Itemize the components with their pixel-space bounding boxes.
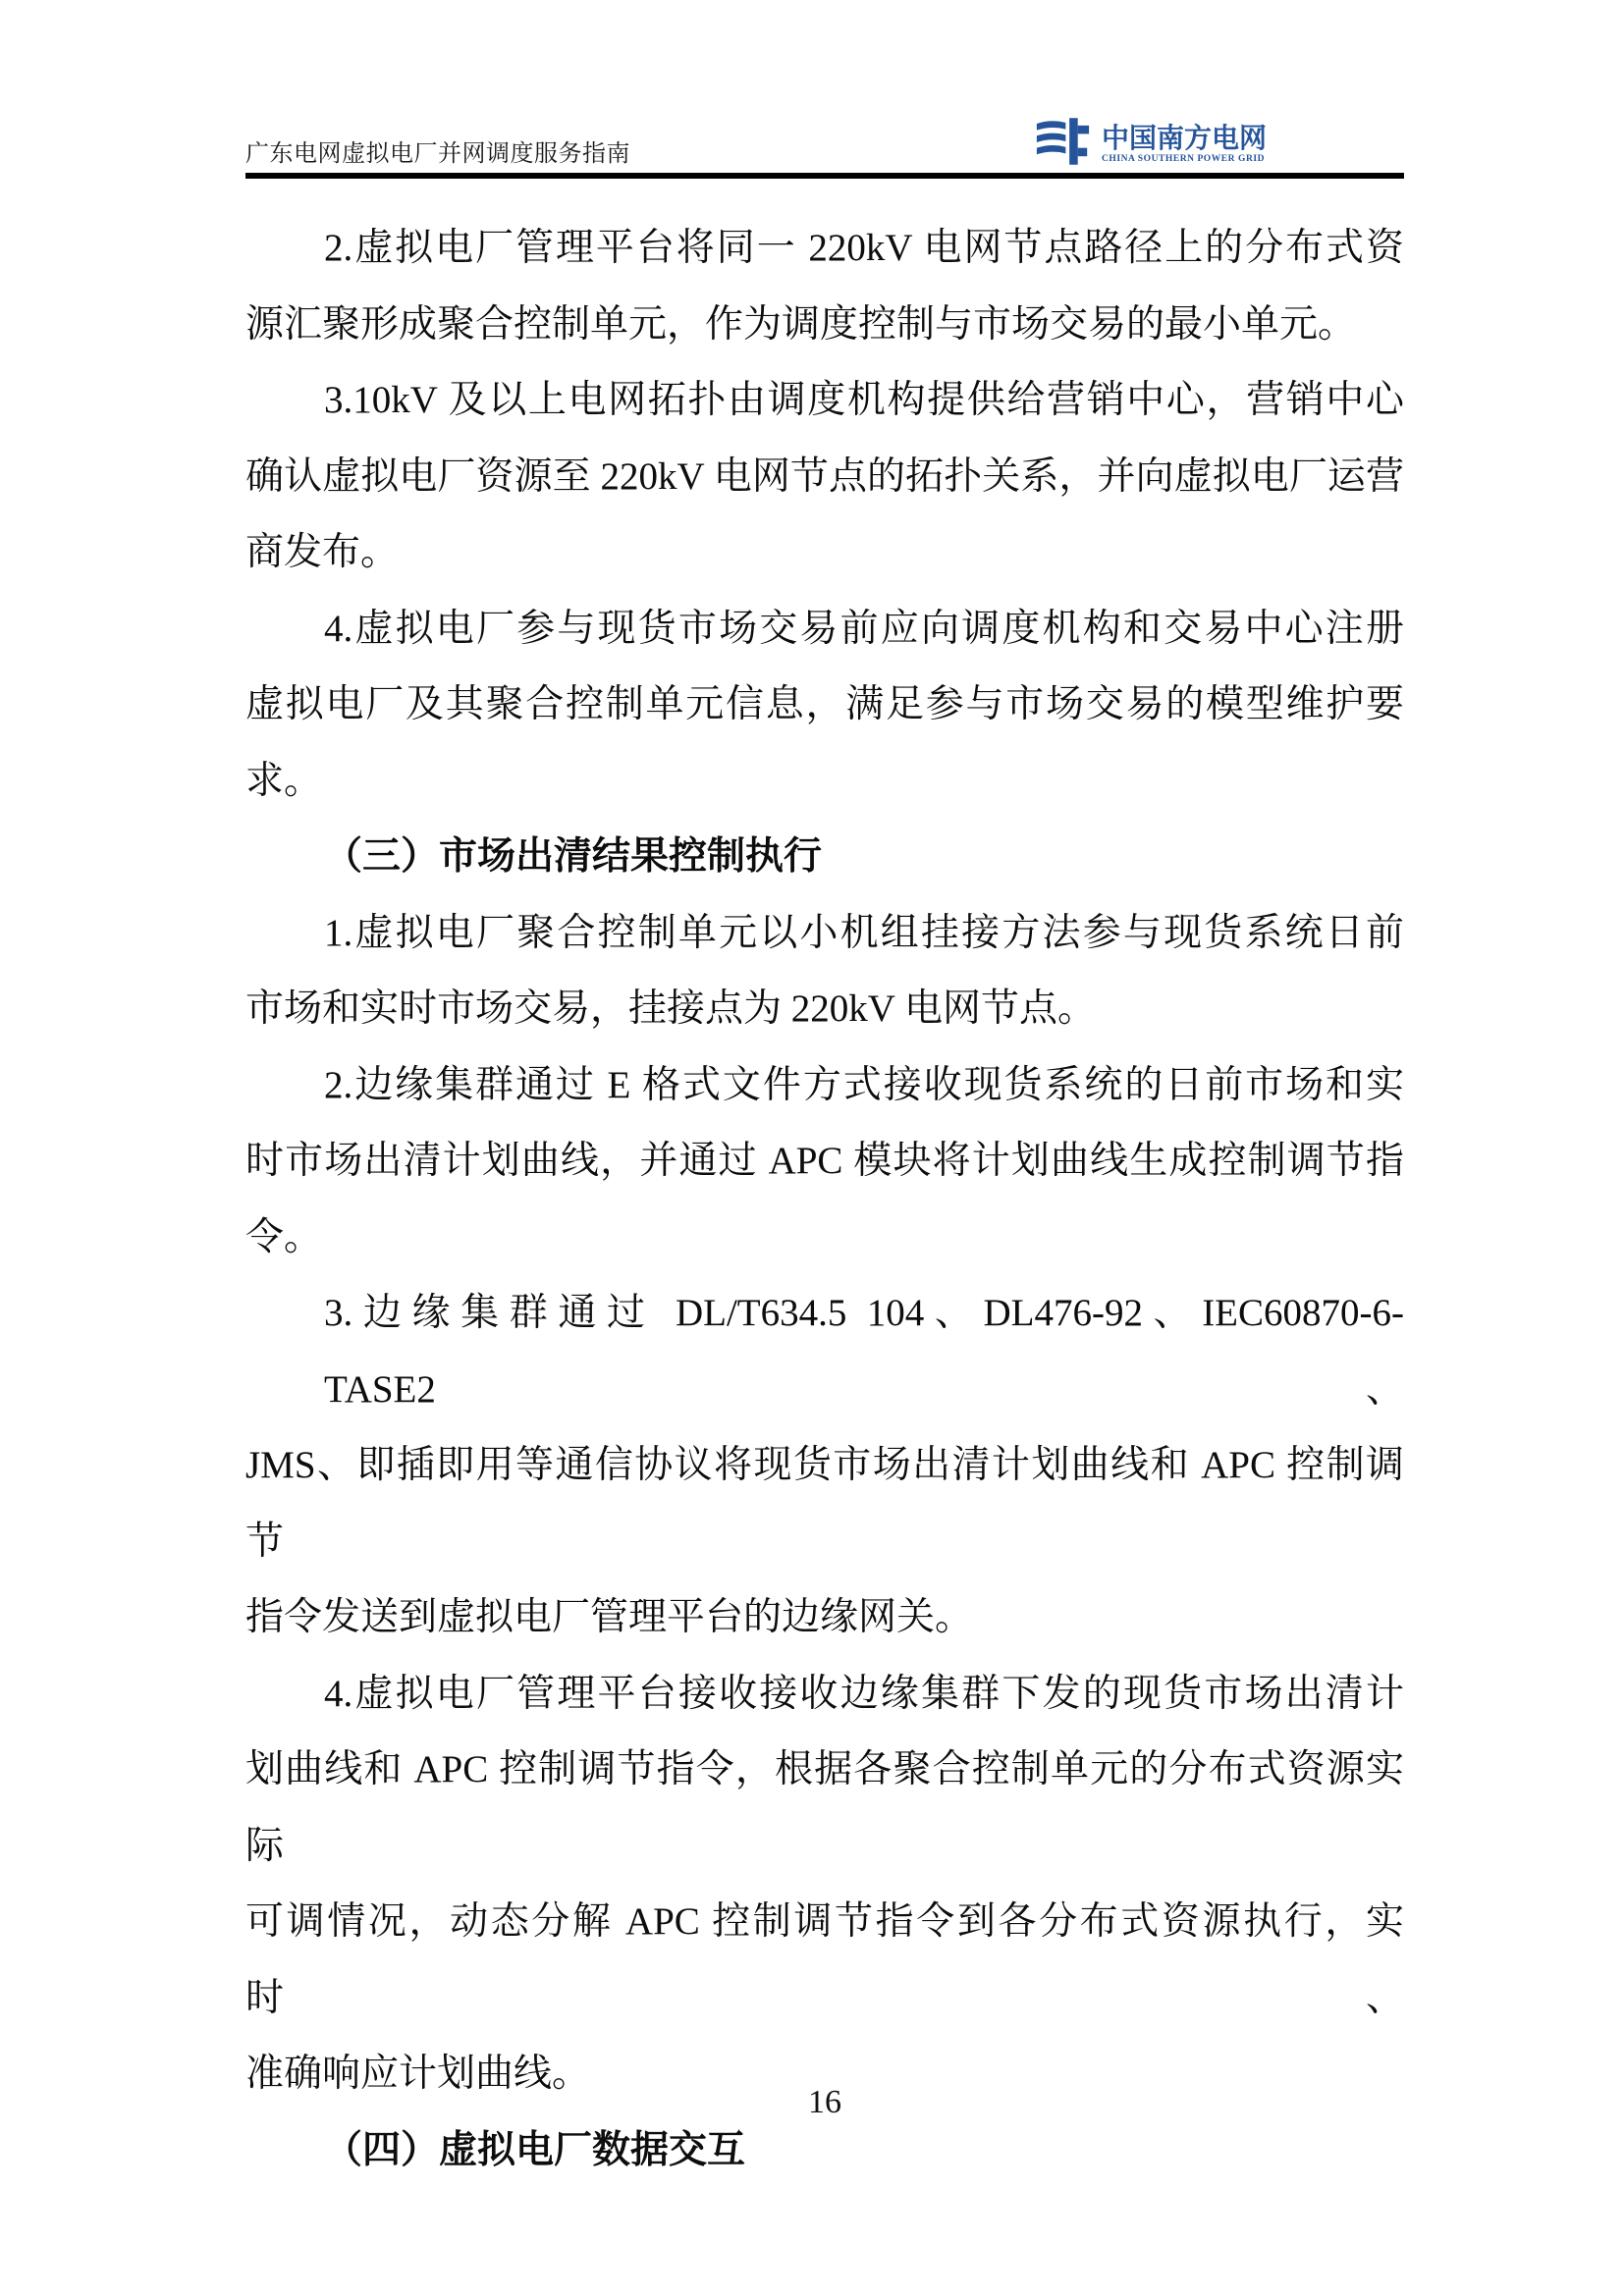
text-line: 源汇聚形成聚合控制单元，作为调度控制与市场交易的最小单元。	[245, 287, 1404, 363]
header-row: 广东电网虚拟电厂并网调度服务指南 中国南方电网 CHINA SOUTHERN P…	[0, 0, 1624, 173]
text-line: 商发布。	[245, 514, 1404, 591]
csg-logo-icon	[1035, 116, 1091, 167]
text-line: 指令发送到虚拟电厂管理平台的边缘网关。	[245, 1579, 1404, 1656]
header-rule	[245, 173, 1404, 179]
paragraph: 2.虚拟电厂管理平台将同一 220kV 电网节点路径上的分布式资源汇聚形成聚合控…	[245, 210, 1404, 362]
text-line: 市场和实时市场交易，挂接点为 220kV 电网节点。	[245, 971, 1404, 1047]
text-line: 时市场出清计划曲线，并通过 APC 模块将计划曲线生成控制调节指	[245, 1123, 1404, 1200]
text-line: 划曲线和 APC 控制调节指令，根据各聚合控制单元的分布式资源实际	[245, 1732, 1404, 1884]
text-line: 3.边缘集群通过 DL/T634.5 104、DL476-92、IEC60870…	[245, 1275, 1404, 1427]
paragraph: 2.边缘集群通过 E 格式文件方式接收现货系统的日前市场和实时市场出清计划曲线，…	[245, 1047, 1404, 1276]
document-page: 广东电网虚拟电厂并网调度服务指南 中国南方电网 CHINA SOUTHERN P…	[0, 0, 1624, 2296]
paragraph: 3.10kV 及以上电网拓扑由调度机构提供给营销中心，营销中心确认虚拟电厂资源至…	[245, 362, 1404, 591]
section-heading: （四）虚拟电厂数据交互	[245, 2112, 1404, 2189]
page-header: 广东电网虚拟电厂并网调度服务指南 中国南方电网 CHINA SOUTHERN P…	[0, 0, 1624, 179]
text-line: 确认虚拟电厂资源至 220kV 电网节点的拓扑关系，并向虚拟电厂运营	[245, 439, 1404, 515]
text-line: 求。	[245, 743, 1404, 820]
document-body: 2.虚拟电厂管理平台将同一 220kV 电网节点路径上的分布式资源汇聚形成聚合控…	[245, 210, 1404, 2188]
paragraph: 4.虚拟电厂管理平台接收接收边缘集群下发的现货市场出清计划曲线和 APC 控制调…	[245, 1656, 1404, 2112]
paragraph: 1.虚拟电厂聚合控制单元以小机组挂接方法参与现货系统日前市场和实时市场交易，挂接…	[245, 895, 1404, 1047]
csg-logo-name: 中国南方电网	[1102, 125, 1267, 154]
csg-logo-subtitle: CHINA SOUTHERN POWER GRID	[1102, 154, 1265, 165]
page-number: 16	[245, 2083, 1404, 2122]
text-line: 1.虚拟电厂聚合控制单元以小机组挂接方法参与现货系统日前	[245, 895, 1404, 972]
text-line: 4.虚拟电厂管理平台接收接收边缘集群下发的现货市场出清计	[245, 1656, 1404, 1733]
csg-logo-text: 中国南方电网 CHINA SOUTHERN POWER GRID	[1102, 125, 1267, 167]
text-line: 虚拟电厂及其聚合控制单元信息，满足参与市场交易的模型维护要	[245, 667, 1404, 743]
text-line: （三）市场出清结果控制执行	[245, 819, 1404, 895]
text-line: 可调情况，动态分解 APC 控制调节指令到各分布式资源执行，实时、	[245, 1884, 1404, 2036]
text-line: 3.10kV 及以上电网拓扑由调度机构提供给营销中心，营销中心	[245, 362, 1404, 439]
paragraph: 4.虚拟电厂参与现货市场交易前应向调度机构和交易中心注册虚拟电厂及其聚合控制单元…	[245, 591, 1404, 820]
text-line: 4.虚拟电厂参与现货市场交易前应向调度机构和交易中心注册	[245, 591, 1404, 667]
text-line: 令。	[245, 1200, 1404, 1276]
text-line: JMS、即插即用等通信协议将现货市场出清计划曲线和 APC 控制调节	[245, 1427, 1404, 1579]
paragraph: 3.边缘集群通过 DL/T634.5 104、DL476-92、IEC60870…	[245, 1275, 1404, 1656]
csg-logo: 中国南方电网 CHINA SOUTHERN POWER GRID	[1035, 116, 1267, 167]
text-line: 2.边缘集群通过 E 格式文件方式接收现货系统的日前市场和实	[245, 1047, 1404, 1124]
text-line: （四）虚拟电厂数据交互	[245, 2112, 1404, 2189]
section-heading: （三）市场出清结果控制执行	[245, 819, 1404, 895]
text-line: 2.虚拟电厂管理平台将同一 220kV 电网节点路径上的分布式资	[245, 210, 1404, 287]
header-doc-title: 广东电网虚拟电厂并网调度服务指南	[245, 141, 630, 167]
